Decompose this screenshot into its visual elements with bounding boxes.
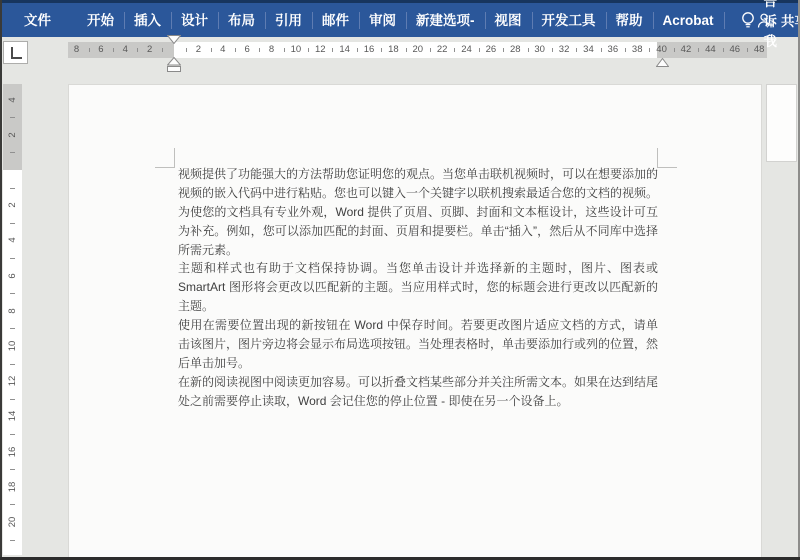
ruler-tick — [747, 48, 748, 52]
ruler-tick — [406, 48, 407, 52]
ruler-number: 10 — [291, 44, 302, 56]
ruler-number: 2 — [7, 203, 19, 208]
ruler-tick — [10, 258, 15, 259]
text-line[interactable]: 使用在需要位置出现的新按钮在 Word 中保存时间。若要更改图片适应文档的方式，… — [178, 316, 658, 335]
margin-crop-mark-top-right — [657, 148, 677, 168]
ribbon-tab-视图[interactable]: 视图 — [485, 8, 532, 33]
ribbon-tab-Acrobat[interactable]: Acrobat — [653, 8, 724, 33]
ruler-number: 34 — [583, 44, 594, 56]
ruler-tick — [723, 48, 724, 52]
ruler-tick — [10, 469, 15, 470]
ruler-tick — [162, 48, 163, 52]
ruler-tick — [332, 48, 333, 52]
ruler-tick — [10, 434, 15, 435]
ruler-number: 46 — [729, 44, 740, 56]
add-person-icon — [756, 12, 775, 29]
ruler-number: 14 — [7, 411, 19, 422]
ruler-number: 10 — [7, 341, 19, 352]
ruler-number: 26 — [486, 44, 497, 56]
ruler-number: 44 — [705, 44, 716, 56]
text-line[interactable]: 主题。 — [178, 297, 658, 316]
text-line[interactable]: 视频提供了功能强大的方法帮助您证明您的观点。当您单击联机视频时，可以在想要添加的 — [178, 165, 658, 184]
ribbon-tab-邮件[interactable]: 邮件 — [312, 8, 359, 33]
ruler-left-margin-area — [68, 42, 174, 58]
text-line[interactable]: 所需元素。 — [178, 241, 658, 260]
ruler-tick — [235, 48, 236, 52]
ruler-tick — [10, 293, 15, 294]
ruler-tick — [10, 364, 15, 365]
ruler-number: 16 — [7, 446, 19, 457]
ribbon-tab-file[interactable]: 文件 — [10, 8, 65, 33]
vertical-scrollbar-thumb[interactable] — [766, 84, 797, 162]
text-line[interactable]: 处之前需要停止读取，Word 会记住您的停止位置 - 即使在另一个设备上。 — [178, 392, 658, 411]
ruler-number: 42 — [681, 44, 692, 56]
ribbon-tab-审阅[interactable]: 审阅 — [359, 8, 406, 33]
ribbon-tab-设计[interactable]: 设计 — [171, 8, 218, 33]
ruler-tick — [10, 504, 15, 505]
text-line[interactable]: 击该图片，图片旁边将会显示布局选项按钮。当处理表格时，单击要添加行或列的位置，然 — [178, 335, 658, 354]
ruler-tick — [10, 188, 15, 189]
ribbon-tab-开发工具[interactable]: 开发工具 — [532, 8, 606, 33]
ruler-number: 36 — [608, 44, 619, 56]
ruler-tick — [284, 48, 285, 52]
first-line-indent-marker[interactable] — [167, 35, 181, 44]
ruler-number: 14 — [339, 44, 350, 56]
share-button[interactable]: 共享 — [756, 3, 800, 37]
ruler-tick — [357, 48, 358, 52]
lightbulb-icon — [740, 11, 756, 30]
ruler-number: 22 — [437, 44, 448, 56]
ruler-number: 24 — [461, 44, 472, 56]
text-line[interactable]: 为使您的文档具有专业外观，Word 提供了页眉、页脚、封面和文本框设计，这些设计… — [178, 203, 658, 222]
paragraph: 使用在需要位置出现的新按钮在 Word 中保存时间。若要更改图片适应文档的方式，… — [178, 316, 658, 373]
ruler-tick — [601, 48, 602, 52]
ruler-number: 18 — [388, 44, 399, 56]
ruler-number: 20 — [7, 517, 19, 528]
text-line[interactable]: 视频的嵌入代码中进行粘贴。您也可以键入一个关键字以联机搜索最适合您的文档的视频。 — [178, 184, 658, 203]
ruler-number: 18 — [7, 482, 19, 493]
paragraph: 视频提供了功能强大的方法帮助您证明您的观点。当您单击联机视频时，可以在想要添加的… — [178, 165, 658, 259]
ruler-number: 8 — [269, 44, 274, 56]
ruler-tick — [259, 48, 260, 52]
ruler-number: 2 — [196, 44, 201, 56]
ribbon-tabs: 开始插入设计布局引用邮件审阅新建选项-视图开发工具帮助Acrobat — [77, 8, 724, 33]
ruler-number: 16 — [364, 44, 375, 56]
tab-stop-selector[interactable] — [3, 41, 28, 64]
ruler-number: 32 — [559, 44, 570, 56]
ruler-number: 4 — [220, 44, 225, 56]
ruler-tick — [674, 48, 675, 52]
ruler-tick — [576, 48, 577, 52]
ruler-tick — [10, 117, 15, 118]
ruler-tick — [528, 48, 529, 52]
ruler-number: 2 — [147, 44, 152, 56]
ribbon-tab-插入[interactable]: 插入 — [124, 8, 171, 33]
ruler-number: 4 — [7, 97, 19, 102]
ruler-number: 30 — [534, 44, 545, 56]
ruler-number: 2 — [7, 132, 19, 137]
ruler-tick — [10, 223, 15, 224]
ruler-tick — [10, 540, 15, 541]
paragraph: 主题和样式也有助于文档保持协调。当您单击设计并选择新的主题时，图片、图表或Sma… — [178, 259, 658, 316]
ribbon-tab-bar: 文件 开始插入设计布局引用邮件审阅新建选项-视图开发工具帮助Acrobat 告诉… — [0, 0, 800, 37]
ruler-number: 8 — [74, 44, 79, 56]
ruler-tick — [454, 48, 455, 52]
ruler-tick — [430, 48, 431, 52]
text-line[interactable]: 主题和样式也有助于文档保持协调。当您单击设计并选择新的主题时，图片、图表或 — [178, 259, 658, 278]
ruler-tick — [89, 48, 90, 52]
ruler-tick — [649, 48, 650, 52]
hanging-indent-marker[interactable] — [167, 57, 181, 72]
ruler-tick — [552, 48, 553, 52]
ruler-number: 48 — [754, 44, 765, 56]
text-line[interactable]: 为补充。例如，您可以添加匹配的封面、页眉和提要栏。单击“插入”，然后从不同库中选… — [178, 222, 658, 241]
right-indent-marker[interactable] — [656, 58, 669, 67]
ruler-tick — [698, 48, 699, 52]
text-line[interactable]: 在新的阅读视图中阅读更加容易。可以折叠文档某些部分并关注所需文本。如果在达到结尾 — [178, 373, 658, 392]
ruler-tick — [479, 48, 480, 52]
ruler-tick — [381, 48, 382, 52]
ruler-number: 38 — [632, 44, 643, 56]
ruler-number: 4 — [7, 238, 19, 243]
text-area[interactable]: 视频提供了功能强大的方法帮助您证明您的观点。当您单击联机视频时，可以在想要添加的… — [178, 165, 658, 411]
paragraph: 在新的阅读视图中阅读更加容易。可以折叠文档某些部分并关注所需文本。如果在达到结尾… — [178, 373, 658, 411]
ruler-tick — [503, 48, 504, 52]
text-line[interactable]: SmartArt 图形将会更改以匹配新的主题。当应用样式时，您的标题会进行更改以… — [178, 278, 658, 297]
ruler-number: 6 — [7, 273, 19, 278]
ruler-tick — [113, 48, 114, 52]
ruler-number: 8 — [7, 308, 19, 313]
ruler-number: 12 — [7, 376, 19, 387]
ribbon-tab-开始[interactable]: 开始 — [77, 8, 124, 33]
ruler-number: 6 — [98, 44, 103, 56]
ruler-tick — [211, 48, 212, 52]
text-line[interactable]: 后单击加号。 — [178, 354, 658, 373]
ribbon-tab-帮助[interactable]: 帮助 — [606, 8, 653, 33]
ruler-number: 40 — [656, 44, 667, 56]
ruler-number: 28 — [510, 44, 521, 56]
ribbon-tab-布局[interactable]: 布局 — [218, 8, 265, 33]
ruler-tick — [10, 399, 15, 400]
ruler-tick — [10, 152, 15, 153]
ruler-number: 12 — [315, 44, 326, 56]
ruler-tick — [625, 48, 626, 52]
ruler-tick — [186, 48, 187, 52]
margin-crop-mark-top-left — [155, 148, 175, 168]
left-tab-stop-icon — [11, 47, 22, 59]
ruler-number: 4 — [123, 44, 128, 56]
ruler-tick — [10, 328, 15, 329]
word-window: 文件 开始插入设计布局引用邮件审阅新建选项-视图开发工具帮助Acrobat 告诉… — [0, 0, 800, 560]
ruler-number: 20 — [413, 44, 424, 56]
horizontal-ruler[interactable]: 8642246810121416182022242628303234363840… — [68, 42, 767, 58]
ribbon-tab-新建选项-[interactable]: 新建选项- — [406, 8, 485, 33]
ribbon-tab-引用[interactable]: 引用 — [265, 8, 312, 33]
vertical-ruler[interactable]: 422468101214161820 — [3, 84, 22, 555]
ruler-tick — [308, 48, 309, 52]
ruler-tick — [137, 48, 138, 52]
window-border-left — [0, 0, 2, 560]
ruler-number: 6 — [244, 44, 249, 56]
